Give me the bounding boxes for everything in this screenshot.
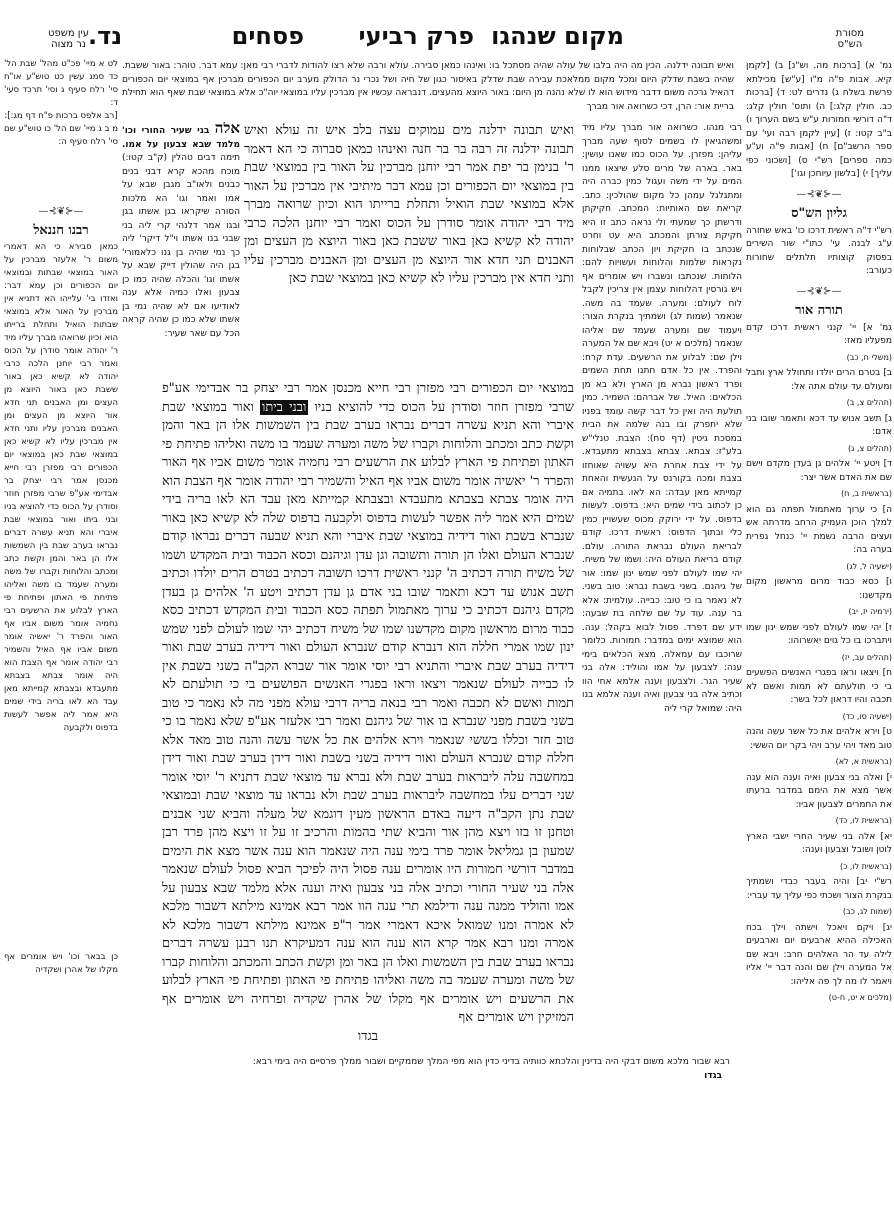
- tosafot-side: אלה בני שעיר החורי וכו' מלמד שבא צבעון ע…: [122, 122, 240, 380]
- verse-text: יג] ויקם ויאכל וישתה וילך בכח האכילה ההי…: [746, 923, 892, 987]
- gemara-end-word: בגדו: [162, 1028, 574, 1047]
- verse-text: ב] בטרם הרים יולדו ותחולל ארץ ותבל ומעול…: [746, 368, 892, 392]
- torah-or-verse: י] ואלה בני צבעון ואיה וענה הוא ענה אשר …: [746, 772, 892, 828]
- verse-text: י] ואלה בני צבעון ואיה וענה הוא ענה אשר …: [746, 773, 892, 810]
- divider-ornament: —⊰❦⊱—: [746, 285, 892, 299]
- torah-or-verse: ב] בטרם הרים יולדו ותחולל ארץ ותבל ומעול…: [746, 367, 892, 410]
- torah-or-list: גמ' א] יי' קנני ראשית דרכו קדם מפעליו מא…: [746, 322, 892, 1005]
- verse-citation: (בראשית לו, כ): [746, 860, 892, 874]
- verse-text: ח] ויצאו וראו בפגרי האנשים הפשעים בי כי …: [746, 668, 892, 705]
- ein-mishpat-label: עין משפט נר מצוה: [48, 28, 89, 50]
- divider-ornament: —⊰❦⊱—: [4, 205, 118, 218]
- gemara-highlight[interactable]: ובני ביתו: [260, 400, 308, 415]
- rabbeinu-chananel-text: כמאן סבירא כי הא דאמרי משום ר' אלעזר מבר…: [4, 241, 118, 951]
- verse-citation: (ישעיה ל, לג): [746, 560, 892, 574]
- gemara-text-lower: במוצאי יום הכפורים רבי מפזרן רבי חייא מכ…: [162, 380, 574, 1055]
- torah-or-verse: ו] כסא כבוד מרום מראשון מקום מקדשנו:(ירמ…: [746, 576, 892, 619]
- gilyon-hashas-title: גליון הש"ס: [746, 207, 892, 221]
- left-margin: לט א מיי' פכ"ט מהל' שבת הל' כד סמג עשין …: [0, 58, 118, 977]
- rashi-commentary: רבי מנהו. כשרואה אור מברך עליו מיד ומשהג…: [582, 122, 742, 1057]
- gilyon-hashas-text: רש"י ד"ה ראשית דרכו כו' באש שחורה ע"ג לב…: [746, 225, 892, 279]
- torah-or-verse: ט] וירא אלהים את כל אשר עשה והנה טוב מאד…: [746, 726, 892, 769]
- tractate-name: פסחים: [232, 22, 304, 50]
- torah-or-verse: ח] ויצאו וראו בפגרי האנשים הפשעים בי כי …: [746, 667, 892, 723]
- rabbeinu-chananel-title: רבנו חננאל: [4, 224, 118, 237]
- torah-or-verse: ג] תשב אנוש עד דכא ותאמר שובו בני אדם:(ת…: [746, 413, 892, 456]
- ein-mishpat-entry: לט א מיי' פכ"ט מהל' שבת הל' כד סמג עשין …: [4, 58, 118, 110]
- gemara-segment-2: ואור במוצאי שבת איברי והא תניא עשרה דברי…: [162, 400, 574, 1026]
- masoret-hashas-label: מסורת הש"ס: [836, 28, 864, 50]
- perek-label: פרק רביעי: [359, 22, 474, 50]
- torah-or-verse: גמ' א] יי' קנני ראשית דרכו קדם מפעליו מא…: [746, 322, 892, 365]
- verse-citation: (בראשית ב, ח): [746, 487, 892, 501]
- tosafot-text: תימה דבים טהלין (ק"ב קטו:) מוכח מהכא קרא…: [122, 153, 240, 339]
- torah-or-title: תורה אור: [746, 304, 892, 318]
- rabbeinu-chananel-tail: כן בבאר וכו' ויש אומרים אף מקלו של אהרן …: [4, 951, 118, 977]
- verse-text: ד] ויטע יי' אלהים גן בעדן מקדם וישם שם א…: [746, 459, 892, 483]
- verse-citation: (תהלים צ, ב): [746, 396, 892, 410]
- verse-text: ג] תשב אנוש עד דכא ותאמר שובו בני אדם:: [746, 414, 892, 438]
- verse-citation: (שמות לג, כב): [746, 905, 892, 919]
- gemara-text-upper: ואיש תבונה ידלנה מים עמוקים עצה בלב איש …: [244, 122, 574, 380]
- verse-citation: (מלכים א יט, ח-ט): [746, 991, 892, 1005]
- bottom-note: רבא שבור מלכא משום דבקי היה בדינין והלכת…: [162, 1055, 730, 1083]
- torah-or-verse: ה] כי ערוך מאתמול תפתה גם הוא למלך הוכן …: [746, 504, 892, 574]
- chapter-name: מקום שנהגו: [491, 22, 624, 50]
- torah-or-verse: ז] יהי שמו לעולם לפני שמש ינון שמו ויתבר…: [746, 622, 892, 665]
- verse-citation: (תהלים צ, ג): [746, 442, 892, 456]
- bottom-note-tail: בגדו: [162, 1069, 730, 1083]
- torah-or-verse: רש"י יב] והיה בעבר כבדי ושמתיך בנקרת הצו…: [746, 876, 892, 919]
- daf-number: נד.: [88, 22, 122, 50]
- page-header: מסורת הש"ס מקום שנהגו פרק רביעי פסחים נד…: [0, 0, 894, 50]
- bottom-note-text: רבא שבור מלכא משום דבקי היה בדינין והלכת…: [253, 1057, 730, 1067]
- verse-citation: (בראשית א, לא): [746, 755, 892, 769]
- verse-text: רש"י יב] והיה בעבר כבדי ושמתיך בנקרת הצו…: [746, 877, 892, 901]
- verse-citation: (ירמיה יז, יב): [746, 605, 892, 619]
- verse-text: ו] כסא כבוד מרום מראשון מקום מקדשנו:: [746, 577, 892, 601]
- verse-text: ז] יהי שמו לעולם לפני שמש ינון שמו ויתבר…: [746, 623, 892, 647]
- tosafot-top: ואיש תבונה ידלנה. הכין מה היה בלבו של עו…: [122, 60, 734, 122]
- verse-text: גמ' א] יי' קנני ראשית דרכו קדם מפעליו מא…: [746, 323, 892, 347]
- verse-text: ט] וירא אלהים את כל אשר עשה והנה טוב מאד…: [746, 727, 892, 751]
- verse-citation: (תהלים עב, יז): [746, 651, 892, 665]
- verse-text: ה] כי ערוך מאתמול תפתה גם הוא למלך הוכן …: [746, 505, 892, 556]
- right-margin: גמ' א) [ברכות מה. וש"נ] ב) [לקמן קיא. אב…: [746, 60, 894, 1008]
- ein-mishpat-entry: [רב אלפס ברכות פ"ח דף מג:]:: [4, 110, 118, 123]
- torah-or-verse: יא] אלה בני שעיר החרי ישבי הארץ לוטן ושו…: [746, 831, 892, 874]
- verse-citation: (בראשית לו, כד): [746, 814, 892, 828]
- verse-citation: (ישעיה סו, כד): [746, 710, 892, 724]
- ein-mishpat-entry: מ ב ג מיי' שם הל' כו טוש"ע שם סי' רלח סע…: [4, 123, 118, 149]
- tosafot-dibur-hamatchil: אלה: [215, 122, 240, 137]
- divider-ornament: —⊰❦⊱—: [746, 188, 892, 202]
- torah-or-verse: ד] ויטע יי' אלהים גן בעדן מקדם וישם שם א…: [746, 458, 892, 501]
- masoret-hashas-text: גמ' א) [ברכות מה. וש"נ] ב) [לקמן קיא. אב…: [746, 60, 892, 182]
- verse-text: יא] אלה בני שעיר החרי ישבי הארץ לוטן ושו…: [746, 832, 892, 856]
- torah-or-verse: יג] ויקם ויאכל וישתה וילך בכח האכילה ההי…: [746, 922, 892, 1005]
- verse-citation: (משלי ח, כב): [746, 351, 892, 365]
